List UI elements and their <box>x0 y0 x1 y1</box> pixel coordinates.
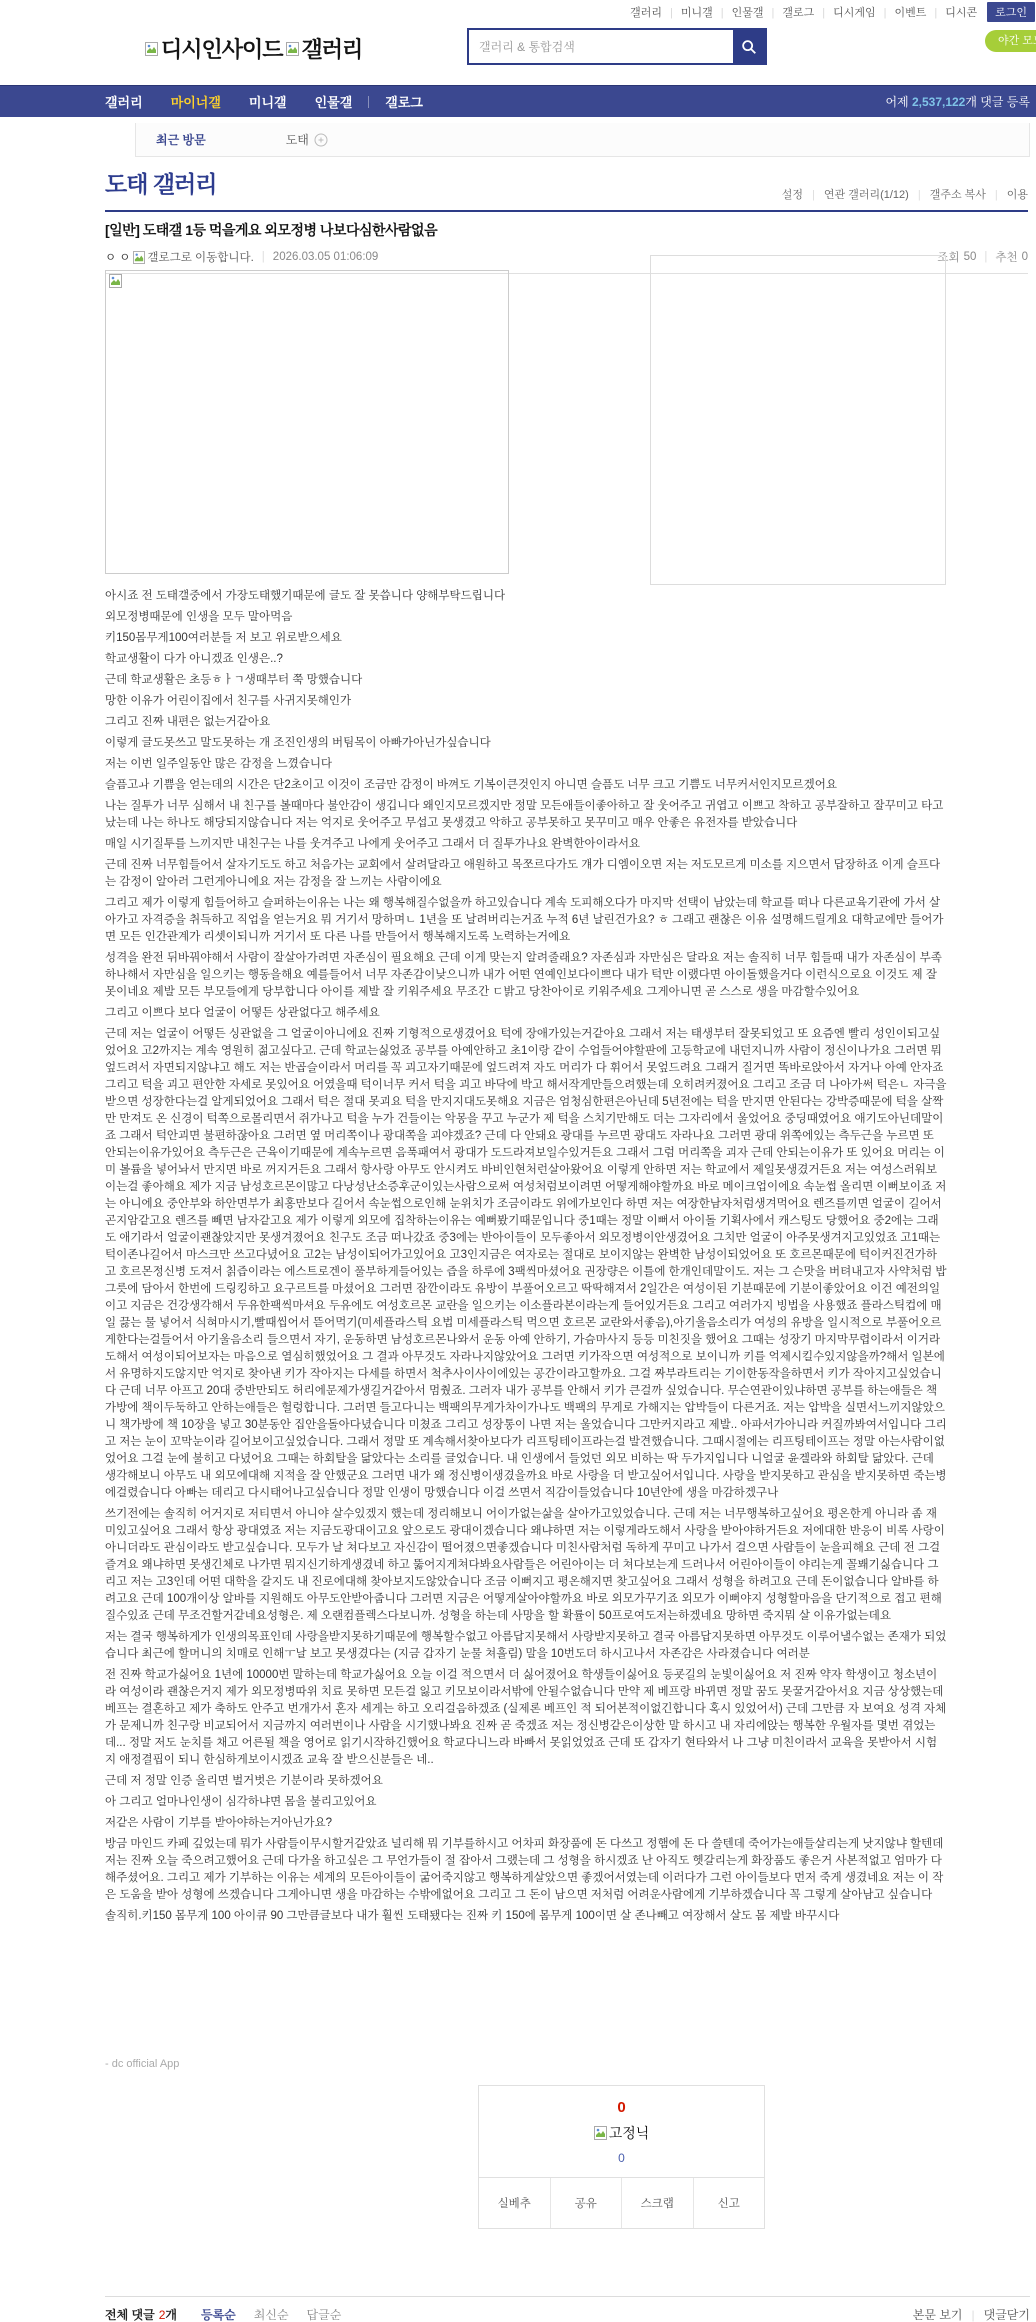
broken-image-icon <box>145 42 158 56</box>
logo-text-gallery: 갤러리 <box>302 33 363 64</box>
post-paragraph-13: 그리고 제가 이렇게 힘들어하고 슬퍼하는이유는 나는 왜 행복해질수없을까 하… <box>105 895 948 946</box>
comment-bar-links: 본문 보기댓글닫기 <box>913 2306 1030 2322</box>
vote-actions: 실베추공유스크랩신고 <box>478 2178 765 2229</box>
post-date: 2026.03.05 01:06:09 <box>273 251 379 263</box>
comment-sort-0[interactable]: 등록순 <box>201 2306 236 2322</box>
comment-sorts: 등록순최신순답글순 <box>201 2306 341 2322</box>
gallery-header-link-1[interactable]: 연관 갤러리(1/12) <box>803 189 909 201</box>
topbar-link-5[interactable]: 이벤트 <box>876 7 927 19</box>
gallery-header-link-2[interactable]: 갤주소 복사 <box>909 189 986 201</box>
gallog-link-label: 갤로그로 이동합니다. <box>147 249 253 265</box>
search-box <box>467 28 767 65</box>
search-button[interactable] <box>733 30 765 63</box>
recent-gallery-link[interactable]: 도태 <box>286 131 309 148</box>
votes-label: 추천 <box>995 249 1017 265</box>
comment-bar-link-0[interactable]: 본문 보기 <box>913 2308 963 2322</box>
banner-suffix: 개 댓글 등록 <box>965 95 1030 109</box>
post-paragraph-10: 나는 질투가 너무 심해서 내 친구를 볼때마다 불안감이 생깁니다 왜인지모르… <box>105 798 948 832</box>
recent-visit-bar: 최근 방문 도태 <box>135 123 1030 157</box>
post-paragraph-23: 방금 마인드 카페 깊었는데 뭐가 사람들이무시할거같았죠 널리해 뭐 기부를하… <box>105 1836 948 1904</box>
downvote-count: 0 <box>479 2151 764 2165</box>
comment-total-count: 2 <box>159 2308 166 2322</box>
views-count: 50 <box>964 251 977 263</box>
post-paragraph-22: 저같은 사람이 기부를 받아야하는거아닌가요? <box>105 1815 948 1832</box>
post-paragraph-1: 외모정병때문에 인생을 모두 말아먹음 <box>105 609 948 626</box>
comment-bar: 전체 댓글 2 개 등록순최신순답글순 본문 보기댓글닫기 <box>105 2296 1030 2322</box>
broken-image-icon <box>109 274 122 288</box>
topbar-link-4[interactable]: 디시게임 <box>814 7 875 19</box>
post-author[interactable]: ㅇ ㅇ <box>105 249 130 265</box>
nav-item-2[interactable]: 미니갤 <box>249 92 287 111</box>
gallery-header-link-0[interactable]: 설정 <box>782 189 803 201</box>
login-button[interactable]: 로그인 <box>987 2 1035 22</box>
banner-count: 2,537,122 <box>912 95 965 109</box>
upvote-count: 0 <box>479 2099 764 2116</box>
banner-prefix: 어제 <box>885 95 912 109</box>
post-stats: 조회 50 | 추천 0 <box>937 249 1028 265</box>
post-paragraph-0: 아시죠 전 도태갤중에서 가장도태했기때문에 글도 잘 못씁니다 양해부탁드립니… <box>105 588 948 605</box>
gallery-header-link-3[interactable]: 이용 <box>986 189 1028 201</box>
meta-divider: | <box>262 251 265 263</box>
post-image-placeholder <box>105 270 509 574</box>
post-paragraph-21: 아 그리고 얼마나인생이 심각하냐면 몸을 불리고있어요 <box>105 1794 948 1811</box>
comment-sort-2[interactable]: 답글순 <box>307 2306 342 2322</box>
stats-divider: | <box>984 251 987 263</box>
topbar-link-3[interactable]: 갤로그 <box>763 7 814 19</box>
post-paragraph-16: 근데 저는 얼굴이 어떻든 싱관없을 그 얼굴이아니에요 진짜 기형적으로생겼어… <box>105 1026 948 1502</box>
fixed-nick-label: 고정닉 <box>609 2123 650 2143</box>
app-signature: - dc official App <box>105 2058 179 2070</box>
nav-item-gallog[interactable]: 갤로그 <box>385 92 423 111</box>
gallery-header: 도태 갤러리 설정연관 갤러리(1/12)갤주소 복사이용 <box>105 166 1028 212</box>
post-paragraph-11: 매일 시기질투를 느끼지만 내친구는 나를 웃겨주고 나에게 웃어주고 그래서 … <box>105 836 948 853</box>
post-paragraph-14: 성격을 완전 뒤바꿔야해서 사람이 잘살아가려면 자존심이 필요해요 근데 이게… <box>105 950 948 1001</box>
topbar-link-1[interactable]: 미니갤 <box>662 7 713 19</box>
post-paragraph-12: 근데 진짜 너무힘들어서 살자기도도 하고 처음가는 교회에서 살려달라고 애원… <box>105 857 948 891</box>
post-paragraph-2: 키150몸무게100여러분들 저 보고 위로받으세요 <box>105 630 948 647</box>
vote-action-button-3[interactable]: 신고 <box>693 2178 765 2228</box>
vote-box: 0 고정닉 0 실베추공유스크랩신고 <box>478 2085 765 2229</box>
votes-count: 0 <box>1022 251 1028 263</box>
post-paragraph-17: 쓰기전에는 솔직히 어거지로 저티면서 아니야 살수있겠지 했는데 정리해보니 … <box>105 1506 948 1625</box>
nav-item-3[interactable]: 인물갤 <box>315 92 353 111</box>
site-logo[interactable]: 디시인사이드 갤러리 <box>145 33 362 64</box>
topbar: 갤러리미니갤인물갤갤로그디시게임이벤트디시콘 로그인 <box>630 3 1035 21</box>
vote-action-button-0[interactable]: 실베추 <box>479 2178 550 2228</box>
nav-item-0[interactable]: 갤러리 <box>105 92 143 111</box>
nav-items: 갤러리마이너갤미니갤인물갤 <box>105 92 352 111</box>
recent-visit-label: 최근 방문 <box>156 131 206 148</box>
comment-total-label: 전체 댓글 <box>105 2306 155 2322</box>
post-body: 아시죠 전 도태갤중에서 가장도태했기때문에 글도 잘 못씁니다 양해부탁드립니… <box>105 270 948 2058</box>
nav-divider <box>368 96 369 108</box>
search-input[interactable] <box>469 30 733 63</box>
fixed-nick-vote[interactable]: 고정닉 <box>479 2123 764 2143</box>
post-title: [일반] 도태갤 1등 먹을게요 외모정병 나보다심한사람없음 <box>105 220 1028 240</box>
comment-sort-1[interactable]: 최신순 <box>254 2306 289 2322</box>
page: 갤러리미니갤인물갤갤로그디시게임이벤트디시콘 로그인 야간 모드 디시인사이드 … <box>0 0 1036 2322</box>
comment-total-suffix: 개 <box>165 2306 177 2322</box>
post-paragraph-4: 근데 학교생활은 초등ㅎㅏㄱ생때부터 쭉 망했습니다 <box>105 672 948 689</box>
topbar-link-2[interactable]: 인물갤 <box>713 7 764 19</box>
gallery-header-links: 설정연관 갤러리(1/12)갤주소 복사이용 <box>782 186 1028 202</box>
magnifier-icon <box>740 38 758 56</box>
vote-action-button-1[interactable]: 공유 <box>550 2178 622 2228</box>
logo-text-dcinside: 디시인사이드 <box>161 33 283 64</box>
post-paragraph-19: 전 진짜 학교가싫어요 1년에 10000번 말하는데 학교가싫어요 오늘 이걸… <box>105 1667 948 1769</box>
broken-image-icon <box>286 42 299 56</box>
topbar-link-0[interactable]: 갤러리 <box>630 7 662 19</box>
gallery-options-icon[interactable] <box>314 133 328 147</box>
topbar-links: 갤러리미니갤인물갤갤로그디시게임이벤트디시콘 <box>630 4 977 20</box>
post-paragraph-6: 그리고 진짜 내편은 없는거같아요 <box>105 714 948 731</box>
post-paragraphs: 아시죠 전 도태갤중에서 가장도태했기때문에 글도 잘 못씁니다 양해부탁드립니… <box>105 588 948 1925</box>
post-paragraph-9: 슬픔고ㅘ 기쁨을 얻는데의 시간은 단2초이고 이것이 조금만 감정이 바껴도 … <box>105 777 948 794</box>
post-paragraph-7: 이렇게 글도못쓰고 말도못하는 개 조진인생의 버팀목이 아빠가아닌가싶습니다 <box>105 735 948 752</box>
post-paragraph-8: 저는 이번 일주일동안 많은 감정을 느꼈습니다 <box>105 756 948 773</box>
broken-image-icon <box>133 251 145 264</box>
vote-main: 0 고정닉 0 <box>478 2085 765 2178</box>
comment-bar-link-1[interactable]: 댓글닫기 <box>963 2308 1031 2322</box>
post-paragraph-3: 학교생활이 다가 아니겠죠 인생은..? <box>105 651 948 668</box>
broken-image-icon <box>594 2126 607 2140</box>
post-paragraph-15: 그리고 이쁘다 보다 얼굴이 어떻든 상관없다고 해주세요 <box>105 1005 948 1022</box>
topbar-link-6[interactable]: 디시콘 <box>926 7 977 19</box>
post-paragraph-20: 근데 저 정말 인증 올리면 벌거벗은 기분이라 못하겠어요 <box>105 1773 948 1790</box>
comment-count-banner: 어제 2,537,122개 댓글 등록 <box>885 93 1030 110</box>
vote-action-button-2[interactable]: 스크랩 <box>621 2178 693 2228</box>
main-nav: 갤러리마이너갤미니갤인물갤 갤로그 어제 2,537,122개 댓글 등록 <box>0 85 1036 117</box>
gallog-link[interactable]: 갤로그로 이동합니다. <box>133 249 253 265</box>
post-paragraph-24: 솔직히.키150 몸무게 100 아이큐 90 그만큼글보다 내가 훨씬 도태됐… <box>105 1908 948 1925</box>
nav-item-1[interactable]: 마이너갤 <box>171 92 221 111</box>
night-mode-button[interactable]: 야간 모드 <box>985 30 1036 52</box>
post-paragraph-18: 저는 결국 행복하게가 인생의목표인데 사랑을받지못하기때문에 행복할수없고 아… <box>105 1629 948 1663</box>
post-paragraph-5: 망한 이유가 어린이집에서 친구를 사귀지못해인가 <box>105 693 948 710</box>
